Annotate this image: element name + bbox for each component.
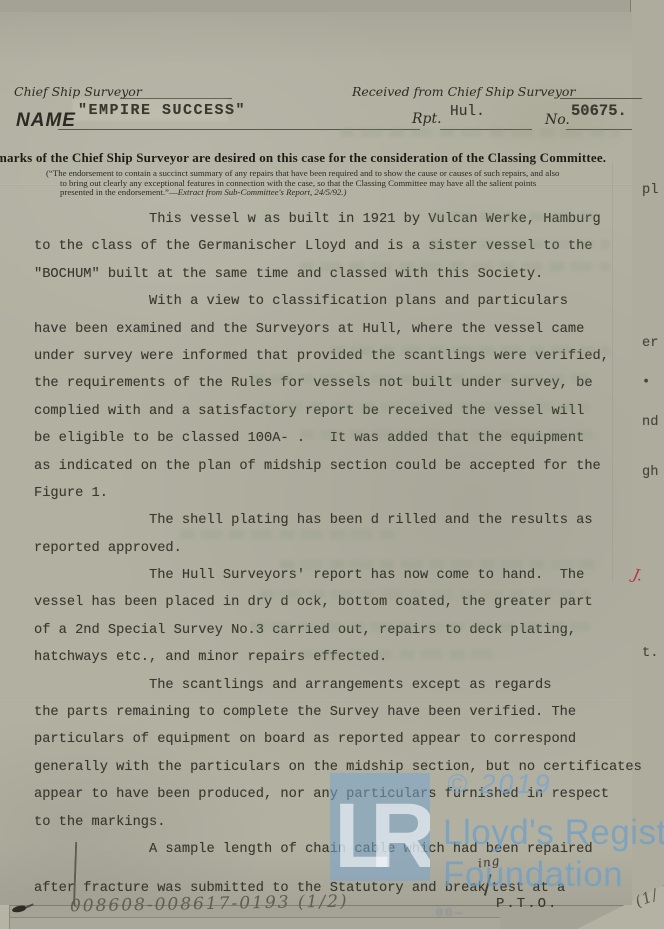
bleed-through-smudge — [430, 212, 600, 221]
page-edge-fragment: nd — [642, 415, 658, 430]
typed-line: as indicated on the plan of midship sect… — [34, 459, 638, 486]
received-from-line — [560, 98, 642, 99]
underlying-page-text-fragment: 00— — [436, 906, 464, 920]
typed-line: Figure 1. — [34, 486, 638, 513]
typed-line: generally with the particulars on the mi… — [34, 760, 638, 787]
endorsement-footnote: (“The endorsement to contain a succinct … — [46, 169, 632, 198]
pto-label: P.T.O. — [496, 896, 558, 912]
bleed-through-smudge — [180, 530, 400, 539]
bleed-through-smudge — [430, 240, 610, 249]
classing-committee-heading: marks of the Chief Ship Surveyor are des… — [0, 150, 652, 166]
typed-line: the parts remaining to complete the Surv… — [34, 705, 638, 732]
typed-line: vessel has been placed in dry d ock, bot… — [34, 595, 638, 622]
bleed-through-smudge — [260, 590, 590, 599]
bleed-through-smudge — [300, 650, 500, 659]
scanned-document: Chief Ship Surveyor Received from Chief … — [0, 0, 664, 929]
bottom-sheet-edge-2 — [0, 917, 500, 929]
handwritten-insertion: ing — [486, 869, 492, 896]
bleed-through-smudge — [260, 402, 590, 411]
typed-line: have been examined and the Surveyors at … — [34, 322, 638, 349]
footnote-extract-citation: Extract from Sub-Committee's Report, 24/… — [178, 187, 347, 197]
typed-line: With a view to classification plans and … — [34, 294, 638, 321]
bleed-through-smudge — [250, 374, 590, 383]
bleed-through-smudge — [300, 262, 610, 271]
bleed-through-smudge — [330, 346, 610, 355]
typed-line: appear to have been produced, nor any pa… — [34, 787, 638, 814]
rpt-value: Hul. — [450, 104, 485, 120]
page-edge-fragment: gh — [642, 465, 658, 480]
page-edge-fragment: pl — [642, 183, 658, 198]
bleed-through-smudge — [340, 128, 620, 137]
chief-ship-surveyor-label: Chief Ship Surveyor — [14, 84, 142, 99]
typed-line: particulars of equipment on board as rep… — [34, 732, 638, 759]
typed-line: The scantlings and arrangements except a… — [34, 678, 638, 705]
typed-line: to the markings. — [34, 815, 638, 842]
footnote-line: presented in the endorsement.”—Extract f… — [46, 188, 632, 198]
rpt-label: Rpt. — [412, 111, 442, 127]
footnote-line3-text: presented in the endorsement.”— — [60, 187, 178, 197]
report-page: Chief Ship Surveyor Received from Chief … — [0, 12, 632, 905]
received-from-label: Received from Chief Ship Surveyor — [352, 84, 575, 99]
page-edge-fragment: • — [642, 375, 650, 390]
bleed-through-smudge — [250, 622, 590, 631]
body-text: This vessel w as built in 1921 by Vulcan… — [34, 212, 638, 897]
bleed-through-smudge — [280, 560, 600, 569]
typed-line: A sample length of chain cable which had… — [34, 842, 638, 869]
page-edge-fragment: er — [642, 336, 658, 351]
no-value: 50675. — [571, 102, 627, 120]
bleed-through-smudge — [300, 430, 600, 439]
no-label: No. — [545, 112, 570, 128]
ship-name-value: "EMPIRE SUCCESS" — [78, 102, 246, 119]
page-edge-fragment: t. — [642, 646, 658, 661]
